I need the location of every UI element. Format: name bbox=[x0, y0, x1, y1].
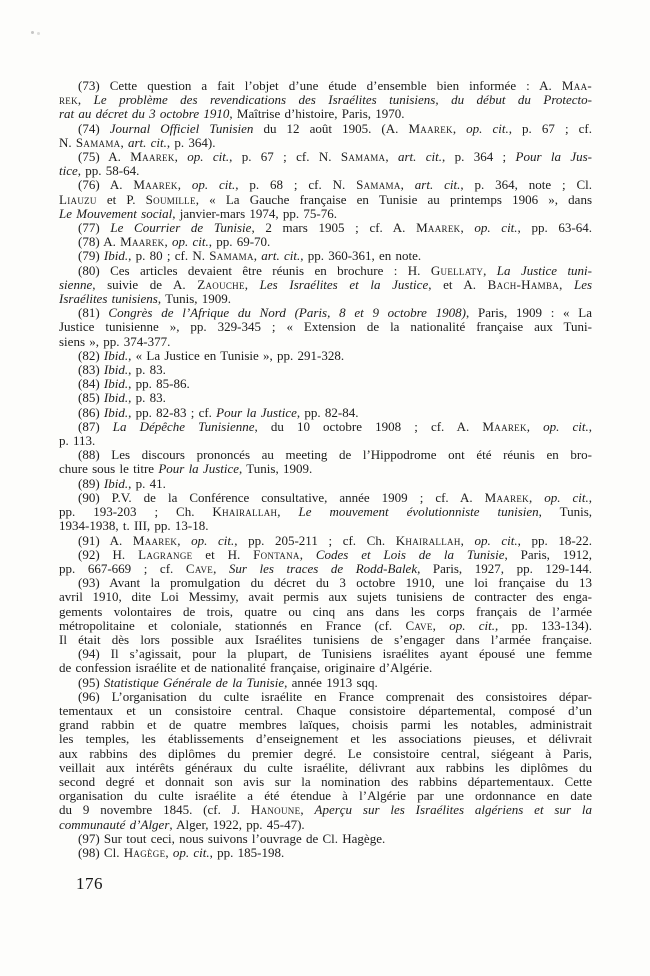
plain-text: , bbox=[300, 547, 316, 562]
italic-text: art. cit. bbox=[261, 248, 300, 263]
italic-text: Le Courrier de Tunisie bbox=[110, 220, 251, 235]
footnote-line: aux rabbins des diplômes du premier degr… bbox=[59, 747, 592, 761]
plain-text: , p. 68 ; cf. N. bbox=[235, 177, 356, 192]
italic-text: op. cit. bbox=[449, 618, 495, 633]
smallcaps-name: Hanoune bbox=[251, 802, 300, 817]
plain-text: (90) P.V. de la Conférence consultative,… bbox=[78, 490, 485, 505]
plain-text: , bbox=[385, 149, 398, 164]
plain-text: (95) bbox=[78, 675, 104, 690]
plain-text: , bbox=[177, 533, 191, 548]
plain-text: tementaux et un consistoire central. Cha… bbox=[59, 703, 592, 718]
page-number: 176 bbox=[76, 874, 103, 894]
plain-text: second degré et donnait son avis sur la … bbox=[59, 774, 592, 789]
italic-text: tice bbox=[59, 163, 78, 178]
footnote-line: (96) L’organisation du culte israélite e… bbox=[59, 690, 592, 704]
plain-text: (81) bbox=[78, 305, 108, 320]
smallcaps-name: Khairallah bbox=[396, 533, 461, 548]
footnote-line: pp. 193-203 ; Ch. Khairallah, Le mouveme… bbox=[59, 505, 592, 519]
plain-text: aux rabbins des diplômes du premier degr… bbox=[59, 746, 592, 761]
plain-text: (75) A. bbox=[78, 149, 130, 164]
plain-text: , année 1913 sqq. bbox=[284, 675, 378, 690]
smallcaps-name: Maarek bbox=[485, 490, 529, 505]
plain-text: métropolitaine et coloniale, stationnés … bbox=[59, 618, 405, 633]
footnote-line: (94) Il s’agissait, pour la plupart, de … bbox=[59, 647, 592, 661]
plain-text: chure sous le titre bbox=[59, 461, 158, 476]
plain-text: , 2 mars 1905 ; cf. A. bbox=[251, 220, 416, 235]
italic-text: Le Mouvement social bbox=[59, 206, 172, 221]
footnote-line: 1934-1938, t. III, pp. 13-18. bbox=[59, 519, 592, 533]
footnote-line: organisation du culte israélite a été ét… bbox=[59, 789, 592, 803]
footnote-line: (95) Statistique Générale de la Tunisie,… bbox=[59, 676, 592, 690]
italic-text: Ibid. bbox=[104, 405, 128, 420]
footnote-line: second degré et donnait son avis sur la … bbox=[59, 775, 592, 789]
plain-text: , Tunis, 1909. bbox=[158, 291, 231, 306]
plain-text: , bbox=[460, 220, 474, 235]
footnote-line: (75) A. Maarek, op. cit., p. 67 ; cf. N.… bbox=[59, 150, 592, 164]
plain-text: N. bbox=[59, 135, 76, 150]
smallcaps-name: Maarek bbox=[133, 177, 177, 192]
italic-text: Statistique Générale de la Tunisie bbox=[104, 675, 284, 690]
plain-text: (93) Avant la promulgation du décret du … bbox=[78, 575, 592, 590]
plain-text: , pp. 185-198. bbox=[210, 845, 285, 860]
plain-text: , p. 41. bbox=[128, 476, 166, 491]
plain-text: , bbox=[589, 419, 592, 434]
plain-text: , bbox=[401, 177, 415, 192]
plain-text: , pp. 63-64. bbox=[518, 220, 592, 235]
plain-text: , Tunis, bbox=[539, 504, 592, 519]
footnote-line: veillait aux intérêts généraux du culte … bbox=[59, 761, 592, 775]
italic-text: Congrès de l’Afrique du Nord (Paris, 8 e… bbox=[108, 305, 466, 320]
plain-text: (73) Cette question a fait l’objet d’une… bbox=[78, 78, 562, 93]
plain-text: (86) bbox=[78, 405, 104, 420]
italic-text: Sur les traces de Rodd-Balek bbox=[229, 561, 417, 576]
plain-text: , bbox=[165, 845, 173, 860]
plain-text: , bbox=[277, 504, 298, 519]
footnote-line: pp. 667-669 ; cf. Cave, Sur les traces d… bbox=[59, 562, 592, 576]
italic-text: communauté d’Alger bbox=[59, 817, 169, 832]
plain-text: , Tunis, 1909. bbox=[239, 461, 312, 476]
footnote-line: communauté d’Alger, Alger, 1922, pp. 45-… bbox=[59, 818, 592, 832]
plain-text: , bbox=[461, 533, 475, 548]
footnote-line: (83) Ibid., p. 83. bbox=[59, 363, 592, 377]
footnote-line: (90) P.V. de la Conférence consultative,… bbox=[59, 491, 592, 505]
footnote-line: tice, pp. 58-64. bbox=[59, 164, 592, 178]
smallcaps-name: Guellaty bbox=[431, 263, 483, 278]
plain-text: (92) H. bbox=[78, 547, 138, 562]
footnote-line: (93) Avant la promulgation du décret du … bbox=[59, 576, 592, 590]
plain-text: (96) L’organisation du culte israélite e… bbox=[78, 689, 592, 704]
footnote-line: (80) Ces articles devaient être réunis e… bbox=[59, 264, 592, 278]
footnote-line: chure sous le titre Pour la Justice, Tun… bbox=[59, 462, 592, 476]
plain-text: (74) bbox=[78, 121, 110, 136]
plain-text: (78) A. bbox=[78, 234, 120, 249]
footnote-line: siens », pp. 374-377. bbox=[59, 335, 592, 349]
footnote-line: rat au décret du 3 octobre 1910, Maîtris… bbox=[59, 107, 592, 121]
plain-text: grand rabbin et de quatre membres laïque… bbox=[59, 717, 592, 732]
plain-text: , janvier-mars 1974, pp. 75-76. bbox=[172, 206, 337, 221]
italic-text: Israélites tunisiens bbox=[59, 291, 158, 306]
footnote-line: Liauzu et P. Soumille, « La Gauche franç… bbox=[59, 193, 592, 207]
plain-text: siens », pp. 374-377. bbox=[59, 334, 170, 349]
plain-text: du 12 août 1905. (A. bbox=[253, 121, 408, 136]
plain-text: , bbox=[213, 561, 229, 576]
italic-text: Les bbox=[574, 277, 592, 292]
italic-text: Pour la Justice bbox=[158, 461, 239, 476]
plain-text: , et A. bbox=[428, 277, 487, 292]
plain-text: 1934-1938, t. III, pp. 13-18. bbox=[59, 518, 209, 533]
plain-text: , p. 80 ; cf. N. bbox=[128, 248, 209, 263]
italic-text: op. cit. bbox=[544, 490, 589, 505]
smallcaps-name: Cave bbox=[405, 618, 432, 633]
footnote-line: gements volontaires de trois, quatre ou … bbox=[59, 605, 592, 619]
smallcaps-name: Liauzu bbox=[59, 192, 97, 207]
plain-text: du 9 novembre 1845. (cf. J. bbox=[59, 802, 251, 817]
plain-text: (77) bbox=[78, 220, 110, 235]
plain-text: , pp. 205-211 ; cf. Ch. bbox=[234, 533, 396, 548]
plain-text: , p. 67 ; cf. bbox=[509, 121, 592, 136]
plain-text: , bbox=[483, 263, 497, 278]
footnote-line: Le Mouvement social, janvier-mars 1974, … bbox=[59, 207, 592, 221]
italic-text: Journal Officiel Tunisien bbox=[110, 121, 254, 136]
plain-text: , pp. 85-86. bbox=[128, 376, 190, 391]
plain-text: , suivie de A. bbox=[92, 277, 197, 292]
smallcaps-name: Maarek bbox=[130, 149, 174, 164]
plain-text: , bbox=[245, 277, 260, 292]
footnote-line: (88) Les discours prononcés au meeting d… bbox=[59, 448, 592, 462]
plain-text: , p. 364). bbox=[167, 135, 216, 150]
plain-text: , Maîtrise d’histoire, Paris, 1970. bbox=[229, 106, 404, 121]
italic-text: art. cit. bbox=[415, 177, 461, 192]
plain-text: Il était dès lors possible aux Israélite… bbox=[59, 632, 592, 647]
plain-text: (88) Les discours prononcés au meeting d… bbox=[78, 447, 592, 462]
scan-speck bbox=[31, 31, 34, 34]
smallcaps-name: Zaouche bbox=[197, 277, 245, 292]
footnote-line: (74) Journal Officiel Tunisien du 12 aoû… bbox=[59, 122, 592, 136]
plain-text: p. 113. bbox=[59, 433, 95, 448]
italic-text: op. cit. bbox=[466, 121, 509, 136]
italic-text: Aperçu sur les Israélites algériens et s… bbox=[315, 802, 593, 817]
smallcaps-name: Soumille bbox=[146, 192, 196, 207]
italic-text: op. cit. bbox=[543, 419, 589, 434]
plain-text: (97) Sur tout ceci, nous suivons l’ouvra… bbox=[78, 831, 385, 846]
plain-text: (98) Cl. bbox=[78, 845, 124, 860]
footnote-line: les temples, les établissements d’enseig… bbox=[59, 732, 592, 746]
plain-text: , bbox=[178, 177, 192, 192]
italic-text: op. cit. bbox=[173, 845, 210, 860]
plain-text: , pp. 360-361, en note. bbox=[300, 248, 421, 263]
plain-text: , Paris, 1912, bbox=[505, 547, 593, 562]
footnote-line: (84) Ibid., pp. 85-86. bbox=[59, 377, 592, 391]
plain-text: (85) bbox=[78, 390, 104, 405]
plain-text: (87) bbox=[78, 419, 113, 434]
footnote-line: sienne, suivie de A. Zaouche, Les Israél… bbox=[59, 278, 592, 292]
italic-text: Ibid. bbox=[104, 376, 128, 391]
italic-text: op. cit. bbox=[192, 177, 235, 192]
footnote-line: (76) A. Maarek, op. cit., p. 68 ; cf. N.… bbox=[59, 178, 592, 192]
footnote-line: grand rabbin et de quatre membres laïque… bbox=[59, 718, 592, 732]
plain-text: (76) A. bbox=[78, 177, 133, 192]
smallcaps-name: Lagrange bbox=[138, 547, 192, 562]
italic-text: Ibid. bbox=[104, 348, 128, 363]
plain-text: , pp. 82-83 ; cf. bbox=[128, 405, 216, 420]
plain-text: , bbox=[589, 490, 592, 505]
smallcaps-name: Maarek bbox=[482, 419, 526, 434]
footnote-line: rek, Le problème des revendications des … bbox=[59, 93, 592, 107]
footnote-line: N. Samama, art. cit., p. 364). bbox=[59, 136, 592, 150]
plain-text: , p. 67 ; cf. N. bbox=[229, 149, 341, 164]
footnote-line: Il était dès lors possible aux Israélite… bbox=[59, 633, 592, 647]
plain-text: , pp. 18-22. bbox=[518, 533, 592, 548]
italic-text: art. cit. bbox=[128, 135, 167, 150]
footnote-line: avril 1910, dite Loi Messimy, avait perm… bbox=[59, 590, 592, 604]
footnote-line: Israélites tunisiens, Tunis, 1909. bbox=[59, 292, 592, 306]
plain-text: , bbox=[559, 277, 574, 292]
plain-text: Justice tunisienne », pp. 329-345 ; « Ex… bbox=[59, 319, 592, 334]
italic-text: op. cit. bbox=[172, 234, 209, 249]
plain-text: (83) bbox=[78, 362, 104, 377]
italic-text: Ibid. bbox=[104, 390, 128, 405]
italic-text: Ibid. bbox=[104, 476, 128, 491]
plain-text: , pp. 82-84. bbox=[297, 405, 359, 420]
plain-text: , p. 364 ; bbox=[442, 149, 516, 164]
footnote-line: p. 113. bbox=[59, 434, 592, 448]
footnote-line: (78) A. Maarek, op. cit., pp. 69-70. bbox=[59, 235, 592, 249]
smallcaps-name: Hagège bbox=[124, 845, 166, 860]
book-page: (73) Cette question a fait l’objet d’une… bbox=[0, 0, 650, 976]
italic-text: Codes et Lois de la Tunisie bbox=[316, 547, 505, 562]
smallcaps-name: Fontana bbox=[253, 547, 300, 562]
plain-text: , bbox=[175, 149, 188, 164]
plain-text: (80) Ces articles devaient être réunis e… bbox=[78, 263, 431, 278]
plain-text: , Alger, 1922, pp. 45-47). bbox=[169, 817, 304, 832]
plain-text: veillait aux intérêts généraux du culte … bbox=[59, 760, 592, 775]
plain-text: , p. 364, note ; Cl. bbox=[460, 177, 592, 192]
footnote-line: (82) Ibid., « La Justice en Tunisie », p… bbox=[59, 349, 592, 363]
plain-text: gements volontaires de trois, quatre ou … bbox=[59, 604, 592, 619]
italic-text: La Justice tuni- bbox=[497, 263, 592, 278]
footnote-line: (73) Cette question a fait l’objet d’une… bbox=[59, 79, 592, 93]
plain-text: , pp. 58-64. bbox=[78, 163, 140, 178]
plain-text: , « La Justice en Tunisie », pp. 291-328… bbox=[128, 348, 344, 363]
plain-text: et H. bbox=[192, 547, 253, 562]
italic-text: op. cit. bbox=[474, 220, 517, 235]
smallcaps-name: Khairallah bbox=[212, 504, 277, 519]
plain-text: (89) bbox=[78, 476, 104, 491]
italic-text: op. cit. bbox=[191, 533, 234, 548]
plain-text: , bbox=[120, 135, 128, 150]
smallcaps-name: rek bbox=[59, 92, 78, 107]
plain-text: , bbox=[453, 121, 466, 136]
plain-text: , p. 83. bbox=[128, 362, 166, 377]
plain-text: (91) A. bbox=[78, 533, 133, 548]
plain-text: (79) bbox=[78, 248, 104, 263]
plain-text: , bbox=[78, 92, 94, 107]
smallcaps-name: Samama bbox=[76, 135, 121, 150]
footnote-line: de confession israélite et de nationalit… bbox=[59, 661, 592, 675]
smallcaps-name: Maarek bbox=[408, 121, 452, 136]
footnote-line: (86) Ibid., pp. 82-83 ; cf. Pour la Just… bbox=[59, 406, 592, 420]
smallcaps-name: Samama bbox=[356, 177, 401, 192]
footnote-line: (77) Le Courrier de Tunisie, 2 mars 1905… bbox=[59, 221, 592, 235]
plain-text: , p. 83. bbox=[128, 390, 166, 405]
smallcaps-name: Cave bbox=[186, 561, 213, 576]
plain-text: , bbox=[164, 234, 172, 249]
footnote-line: tementaux et un consistoire central. Cha… bbox=[59, 704, 592, 718]
plain-text: , pp. 133-134). bbox=[495, 618, 592, 633]
plain-text: avril 1910, dite Loi Messimy, avait perm… bbox=[59, 589, 592, 604]
plain-text: organisation du culte israélite a été ét… bbox=[59, 788, 592, 803]
smallcaps-name: Bach-Hamba bbox=[488, 277, 559, 292]
footnote-line: (85) Ibid., p. 83. bbox=[59, 391, 592, 405]
smallcaps-name: Maarek bbox=[120, 234, 164, 249]
plain-text: , du 10 octobre 1908 ; cf. A. bbox=[255, 419, 483, 434]
plain-text: (94) Il s’agissait, pour la plupart, de … bbox=[78, 646, 592, 661]
footnote-line: Justice tunisienne », pp. 329-345 ; « Ex… bbox=[59, 320, 592, 334]
plain-text: pp. 193-203 ; Ch. bbox=[59, 504, 212, 519]
smallcaps-name: Maarek bbox=[416, 220, 460, 235]
italic-text: Le problème des revendications des Israé… bbox=[94, 92, 592, 107]
plain-text: et P. bbox=[97, 192, 146, 207]
italic-text: Pour la Justice bbox=[216, 405, 297, 420]
footnote-line: du 9 novembre 1845. (cf. J. Hanoune, Ape… bbox=[59, 803, 592, 817]
italic-text: rat au décret du 3 octobre 1910 bbox=[59, 106, 229, 121]
smallcaps-name: Maarek bbox=[133, 533, 177, 548]
italic-text: Ibid. bbox=[104, 248, 128, 263]
italic-text: La Dépêche Tunisienne bbox=[113, 419, 255, 434]
footnotes-block: (73) Cette question a fait l’objet d’une… bbox=[59, 79, 592, 860]
italic-text: Pour la Jus- bbox=[516, 149, 592, 164]
footnote-line: métropolitaine et coloniale, stationnés … bbox=[59, 619, 592, 633]
italic-text: op. cit. bbox=[475, 533, 518, 548]
italic-text: Ibid. bbox=[104, 362, 128, 377]
footnote-line: (97) Sur tout ceci, nous suivons l’ouvra… bbox=[59, 832, 592, 846]
italic-text: op. cit. bbox=[187, 149, 229, 164]
plain-text: , bbox=[300, 802, 314, 817]
plain-text: , pp. 69-70. bbox=[209, 234, 271, 249]
footnote-line: (92) H. Lagrange et H. Fontana, Codes et… bbox=[59, 548, 592, 562]
footnote-line: (79) Ibid., p. 80 ; cf. N. Samama, art. … bbox=[59, 249, 592, 263]
footnote-line: (91) A. Maarek, op. cit., pp. 205-211 ; … bbox=[59, 534, 592, 548]
plain-text: les temples, les établissements d’enseig… bbox=[59, 731, 592, 746]
italic-text: Le mouvement évolutionniste tunisien bbox=[299, 504, 539, 519]
plain-text: de confession israélite et de nationalit… bbox=[59, 660, 432, 675]
plain-text: (82) bbox=[78, 348, 104, 363]
smallcaps-name: Samama bbox=[341, 149, 386, 164]
plain-text: , bbox=[527, 419, 543, 434]
footnote-line: (81) Congrès de l’Afrique du Nord (Paris… bbox=[59, 306, 592, 320]
plain-text: pp. 667-669 ; cf. bbox=[59, 561, 186, 576]
plain-text: , « La Gauche française en Tunisie au pr… bbox=[196, 192, 592, 207]
footnote-line: (98) Cl. Hagège, op. cit., pp. 185-198. bbox=[59, 846, 592, 860]
plain-text: , Paris, 1909 : « La bbox=[466, 305, 592, 320]
smallcaps-name: Maa- bbox=[562, 78, 592, 93]
plain-text: (84) bbox=[78, 376, 104, 391]
footnote-line: (87) La Dépêche Tunisienne, du 10 octobr… bbox=[59, 420, 592, 434]
plain-text: , Paris, 1927, pp. 129-144. bbox=[417, 561, 592, 576]
italic-text: art. cit. bbox=[398, 149, 442, 164]
plain-text: , bbox=[529, 490, 544, 505]
plain-text: , bbox=[433, 618, 450, 633]
footnote-line: (89) Ibid., p. 41. bbox=[59, 477, 592, 491]
italic-text: Les Israélites et la Justice bbox=[260, 277, 429, 292]
smallcaps-name: Samama bbox=[209, 248, 254, 263]
italic-text: sienne bbox=[59, 277, 92, 292]
